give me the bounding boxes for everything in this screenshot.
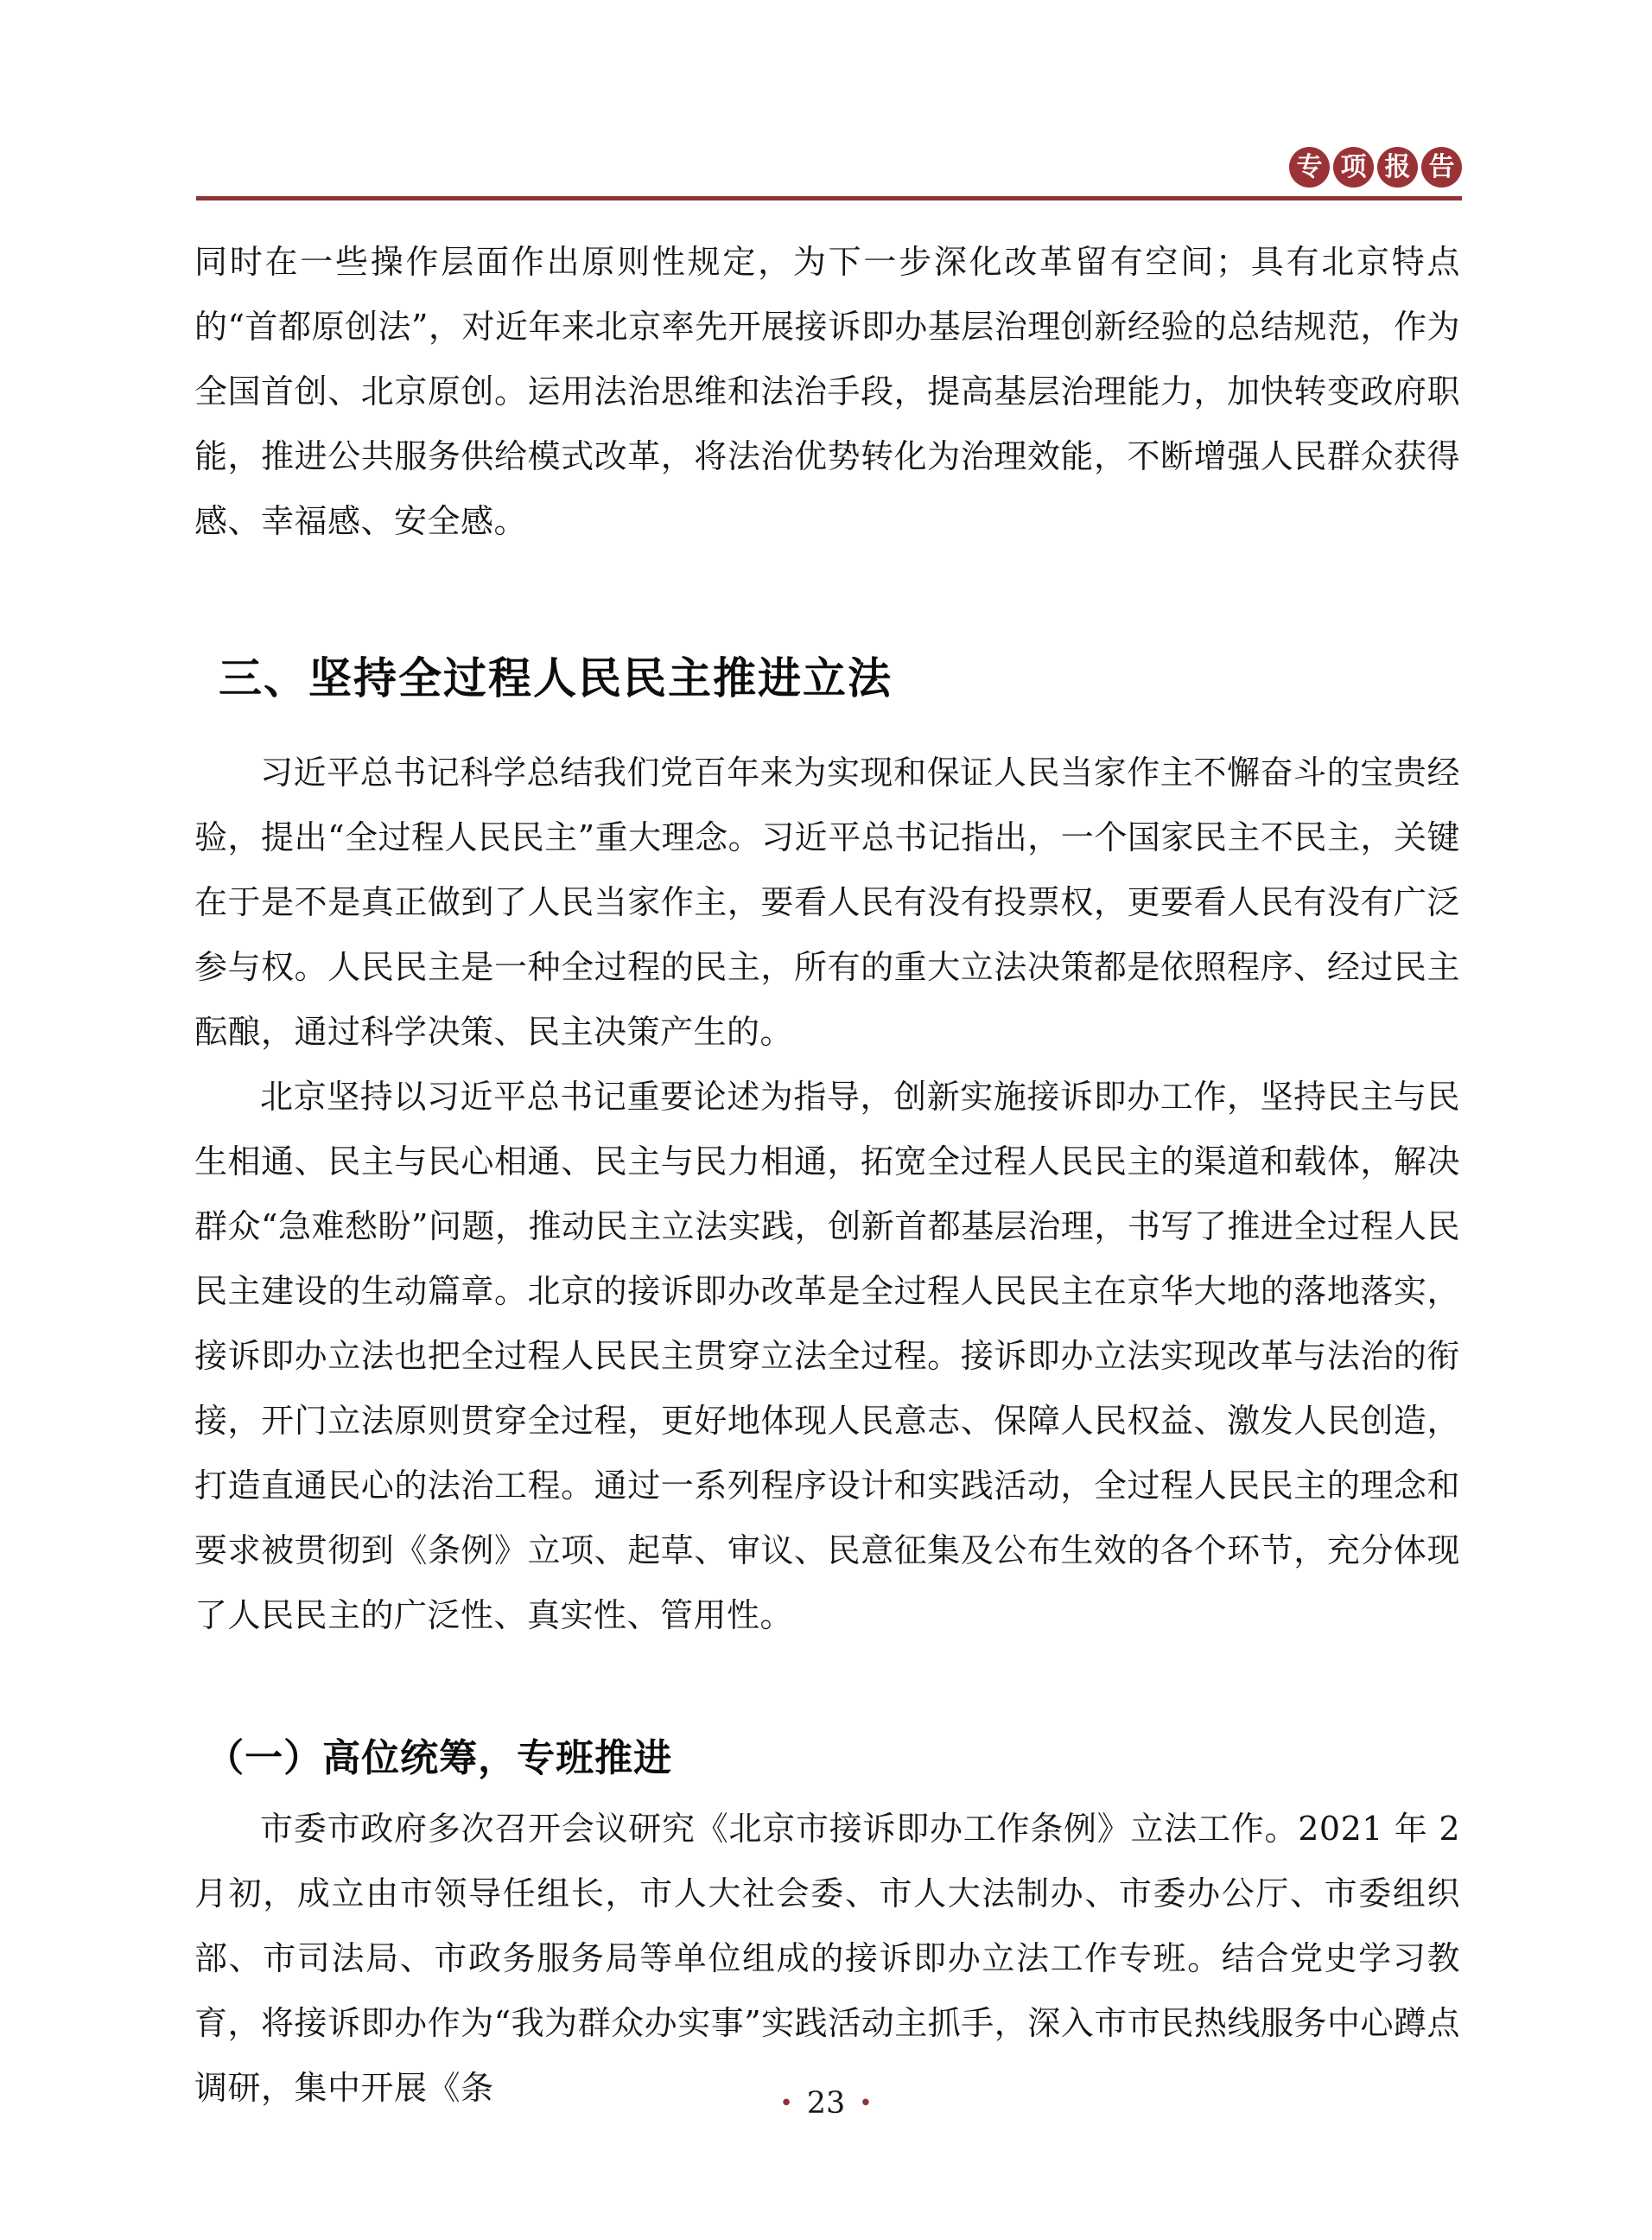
body-paragraph-3: 北京坚持以习近平总书记重要论述为指导，创新实施接诉即办工作，坚持民主与民生相通、…	[194, 1065, 1460, 1648]
body-paragraph-4: 市委市政府多次召开会议研究《北京市接诉即办工作条例》立法工作。2021 年 2 …	[194, 1797, 1460, 2121]
footer-dot-right: •	[859, 2084, 872, 2122]
document-body: 同时在一些操作层面作出原则性规定，为下一步深化改革留有空间；具有北京特点的“首都…	[194, 0, 1460, 2121]
body-paragraph-1: 同时在一些操作层面作出原则性规定，为下一步深化改革留有空间；具有北京特点的“首都…	[194, 230, 1460, 554]
page-number: 23	[807, 2084, 846, 2122]
section-heading: 三、坚持全过程人民民主推进立法	[194, 652, 1460, 704]
subsection-heading: （一）高位统筹，专班推进	[194, 1735, 1460, 1782]
page-footer: • 23 •	[0, 2084, 1652, 2122]
footer-dot-left: •	[779, 2084, 792, 2122]
report-page: 专 项 报 告 同时在一些操作层面作出原则性规定，为下一步深化改革留有空间；具有…	[0, 0, 1652, 2240]
body-paragraph-2: 习近平总书记科学总结我们党百年来为实现和保证人民当家作主不懈奋斗的宝贵经验，提出…	[194, 741, 1460, 1065]
